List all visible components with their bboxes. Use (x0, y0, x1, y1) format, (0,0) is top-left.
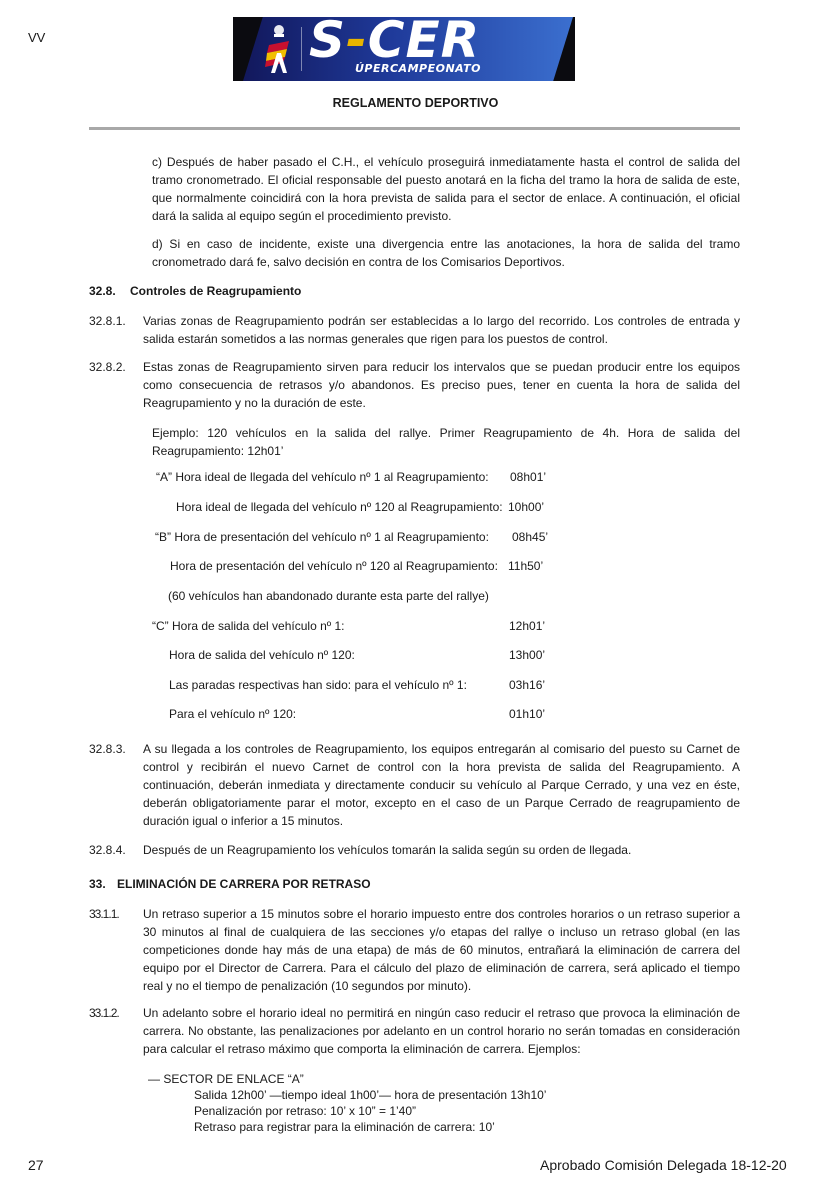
logo-title-right: CER (368, 11, 480, 69)
example-row-b1-label: “B” Hora de presentación del vehículo nº… (155, 530, 489, 544)
clause-number: 32.8.4. (89, 841, 126, 859)
crown-flag-icon (265, 23, 293, 75)
logo-title-left: S (309, 11, 346, 69)
example-row-c1-time: 12h01’ (509, 619, 545, 633)
section-number-32-8: 32.8. (89, 284, 116, 298)
example-row-b120-time: 11h50’ (508, 559, 543, 573)
example-note: (60 vehículos han abandonado durante est… (168, 589, 489, 603)
clause-number: 32.8.2. (89, 358, 126, 376)
example-row-stop1-label: Las paradas respectivas han sido: para e… (169, 678, 467, 692)
example-row-a1-time: 08h01’ (510, 470, 546, 484)
example-row-c1-label: “C” Hora de salida del vehículo nº 1: (152, 619, 344, 633)
example-row-c120-label: Hora de salida del vehículo nº 120: (169, 648, 355, 662)
sector-example-line-1: Salida 12h00’ —tiempo ideal 1h00’— hora … (194, 1088, 546, 1102)
sector-example-line-2: Penalización por retraso: 10’ x 10” = 1’… (194, 1104, 416, 1118)
example-row-a120-time: 10h00’ (508, 500, 544, 514)
clause-33-1-2: 33.1.2. Un adelanto sobre el horario ide… (89, 1004, 740, 1058)
header-divider (89, 127, 740, 130)
clause-32-8-4: 32.8.4. Después de un Reagrupamiento los… (89, 841, 740, 859)
clause-number: 32.8.1. (89, 312, 126, 330)
example-row-a1-label: “A” Hora ideal de llegada del vehículo n… (156, 470, 489, 484)
clause-32-8-1: 32.8.1. Varias zonas de Reagrupamiento p… (89, 312, 740, 348)
clause-number: 33.1.1. (89, 905, 119, 923)
clause-number: 33.1.2. (89, 1004, 119, 1022)
section-title-33: ELIMINACIÓN DE CARRERA POR RETRASO (117, 877, 371, 891)
section-number-33: 33. (89, 877, 106, 891)
logo-title-dash: - (346, 11, 368, 69)
clause-text: Varias zonas de Reagrupamiento podrán se… (143, 312, 740, 348)
clause-text: Estas zonas de Reagrupamiento sirven par… (143, 358, 740, 412)
clause-text: Después de un Reagrupamiento los vehícul… (143, 841, 740, 859)
clause-number: 32.8.3. (89, 740, 126, 758)
sector-example-line-3: Retraso para registrar para la eliminaci… (194, 1120, 495, 1134)
example-intro: Ejemplo: 120 vehículos en la salida del … (152, 424, 740, 460)
example-row-b120-label: Hora de presentación del vehículo nº 120… (170, 559, 498, 573)
logo-title: S-CER (309, 11, 480, 69)
approval-note: Aprobado Comisión Delegada 18-12-20 (540, 1157, 787, 1173)
example-row-stop120-label: Para el vehículo nº 120: (169, 707, 296, 721)
corner-mark: VV (28, 30, 45, 45)
example-row-c120-time: 13h00’ (509, 648, 545, 662)
clause-32-8-2: 32.8.2. Estas zonas de Reagrupamiento si… (89, 358, 740, 412)
logo-divider (301, 27, 302, 71)
example-row-a120-label: Hora ideal de llegada del vehículo nº 12… (176, 500, 503, 514)
sector-example-title: — SECTOR DE ENLACE “A” (148, 1072, 304, 1086)
example-row-stop120-time: 01h10’ (509, 707, 545, 721)
clause-text: Un retraso superior a 15 minutos sobre e… (143, 905, 740, 995)
clause-32-8-3: 32.8.3. A su llegada a los controles de … (89, 740, 740, 830)
clause-33-1-1: 33.1.1. Un retraso superior a 15 minutos… (89, 905, 740, 995)
document-title: REGLAMENTO DEPORTIVO (0, 96, 831, 110)
logo-subtitle: ÚPERCAMPEONATO (355, 62, 481, 75)
clause-text: Un adelanto sobre el horario ideal no pe… (143, 1004, 740, 1058)
paragraph-d: d) Si en caso de incidente, existe una d… (152, 235, 740, 271)
clause-text: A su llegada a los controles de Reagrupa… (143, 740, 740, 830)
paragraph-c: c) Después de haber pasado el C.H., el v… (152, 153, 740, 225)
championship-logo: S-CER ÚPERCAMPEONATO (233, 17, 575, 81)
example-row-b1-time: 08h45’ (512, 530, 548, 544)
section-title-32-8: Controles de Reagrupamiento (130, 284, 301, 298)
page-number: 27 (28, 1157, 44, 1173)
example-row-stop1-time: 03h16’ (509, 678, 545, 692)
logo-banner: S-CER ÚPERCAMPEONATO (243, 17, 573, 81)
